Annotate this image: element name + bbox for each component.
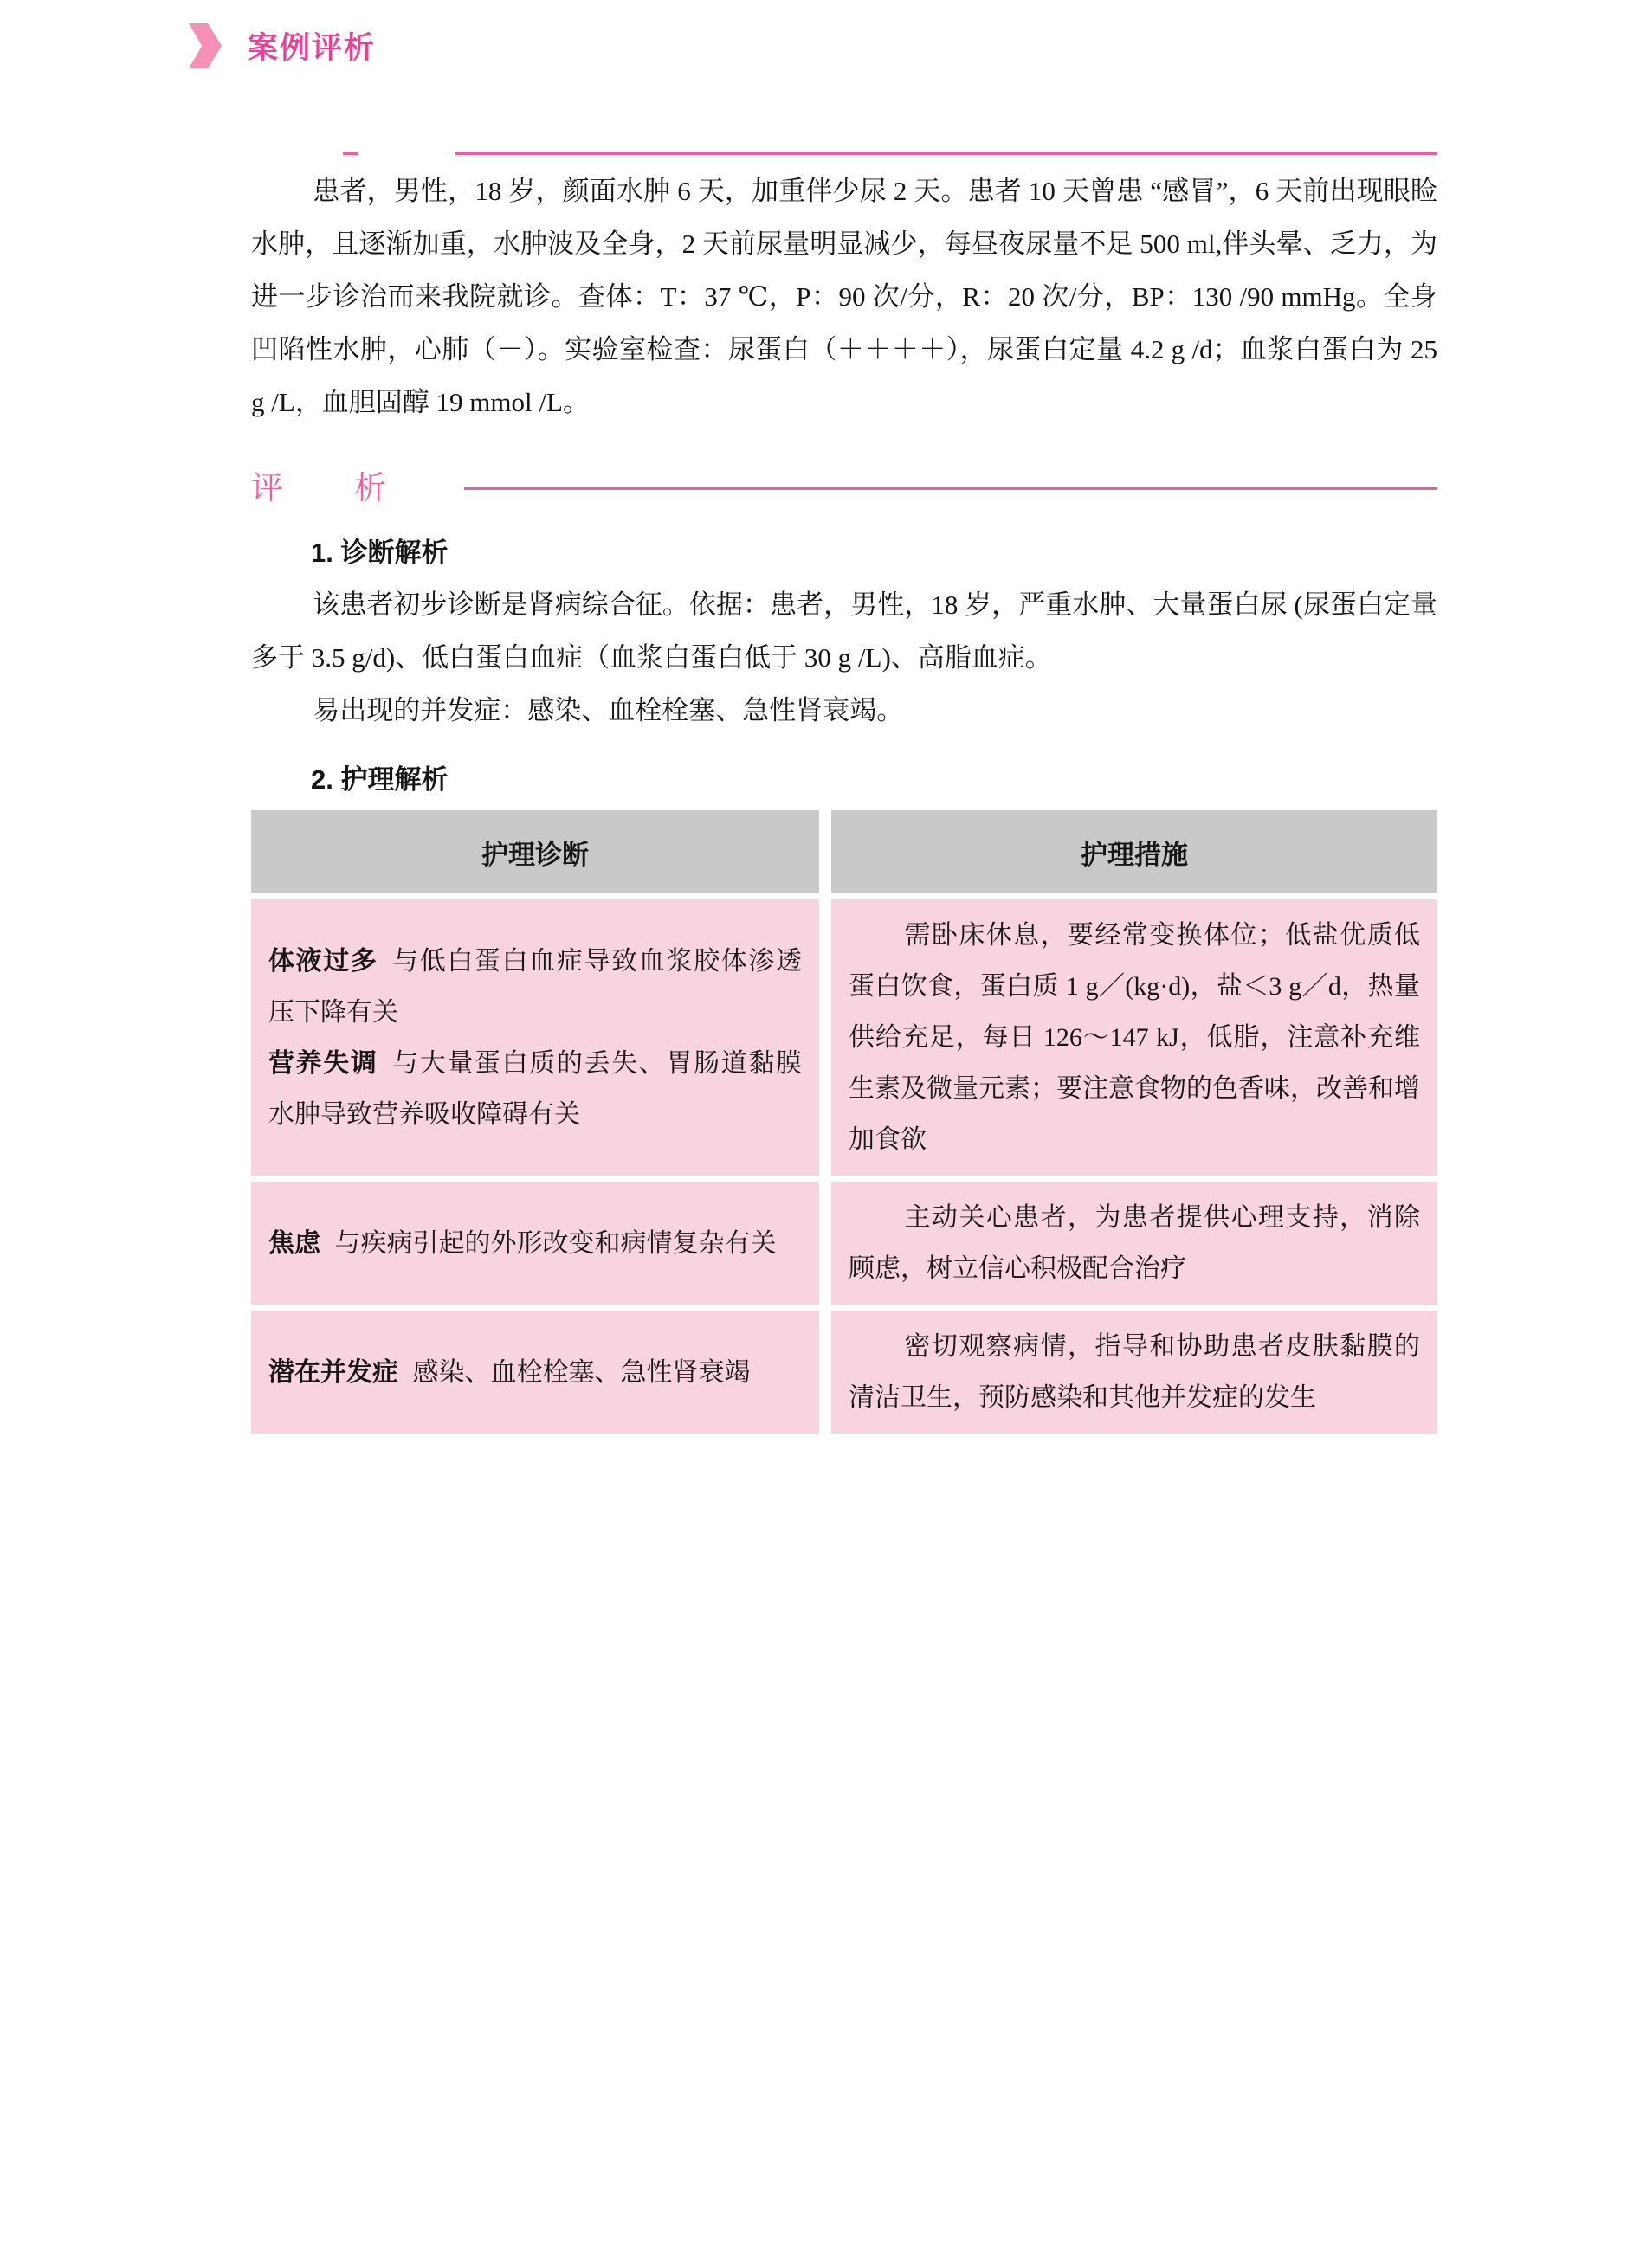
complications-paragraph: 易出现的并发症：感染、血栓栓塞、急性肾衰竭。	[251, 684, 1437, 737]
header-divider	[251, 152, 1437, 156]
diagnosis-desc: 与疾病引起的外形改变和病情复杂有关	[335, 1229, 777, 1258]
analysis-divider-line	[464, 487, 1437, 490]
case-description-paragraph: 患者，男性，18 岁，颜面水肿 6 天，加重伴少尿 2 天。患者 10 天曾患 …	[251, 164, 1437, 428]
analysis-label-char1: 评	[251, 473, 283, 505]
diagnosis-entry: 焦虑与疾病引起的外形改变和病情复杂有关	[268, 1218, 802, 1269]
section-brand-header: 案例评析	[189, 23, 1437, 69]
table-row-2-measure-cell: 主动关心患者，为患者提供心理支持，消除顾虑，树立信心积极配合治疗	[831, 1182, 1437, 1305]
table-row-1-measure-cell: 需卧床休息，要经常变换体位；低盐优质低蛋白饮食，蛋白质 1 g／(kg·d)，盐…	[831, 899, 1437, 1176]
divider-line	[455, 152, 1437, 155]
page-title: 案例评析	[248, 24, 376, 68]
diagnosis-paragraph: 该患者初步诊断是肾病综合征。依据：患者，男性，18 岁，严重水肿、大量蛋白尿 (…	[251, 578, 1437, 684]
table-row-3-diagnosis-cell: 潜在并发症感染、血栓栓塞、急性肾衰竭	[251, 1311, 819, 1434]
page-content: 案例评析 患者，男性，18 岁，颜面水肿 6 天，加重伴少尿 2 天。患者 10…	[251, 0, 1437, 1434]
table-header-diagnosis: 护理诊断	[251, 810, 819, 893]
diagnosis-term: 焦虑	[268, 1229, 320, 1258]
chevron-ribbon-icon	[189, 23, 222, 68]
measure-text: 需卧床休息，要经常变换体位；低盐优质低蛋白饮食，蛋白质 1 g／(kg·d)，盐…	[849, 910, 1420, 1165]
diagnosis-term: 潜在并发症	[268, 1358, 398, 1387]
nursing-care-table: 护理诊断 护理措施 体液过多与低白蛋白血症导致血浆胶体渗透压下降有关 营养失调与…	[251, 810, 1437, 1434]
diagnosis-entry: 体液过多与低白蛋白血症导致血浆胶体渗透压下降有关	[268, 936, 802, 1038]
measure-text: 密切观察病情，指导和协助患者皮肤黏膜的清洁卫生，预防感染和其他并发症的发生	[849, 1321, 1420, 1423]
table-row-3-measure-cell: 密切观察病情，指导和协助患者皮肤黏膜的清洁卫生，预防感染和其他并发症的发生	[831, 1311, 1437, 1434]
table-row-2-diagnosis-cell: 焦虑与疾病引起的外形改变和病情复杂有关	[251, 1182, 819, 1305]
diagnosis-entry: 潜在并发症感染、血栓栓塞、急性肾衰竭	[268, 1347, 802, 1398]
diagnosis-desc: 感染、血栓栓塞、急性肾衰竭	[413, 1358, 751, 1387]
diagnosis-heading: 1. 诊断解析	[311, 531, 1437, 570]
diagnosis-term: 营养失调	[268, 1049, 378, 1078]
divider-dash	[343, 152, 358, 155]
diagnosis-entry: 营养失调与大量蛋白质的丢失、胃肠道黏膜水肿导致营养吸收障碍有关	[268, 1038, 802, 1140]
analysis-label-char2: 析	[354, 473, 386, 505]
table-header-measures: 护理措施	[831, 810, 1437, 893]
nursing-heading: 2. 护理解析	[311, 757, 1437, 796]
table-row-1-diagnosis-cell: 体液过多与低白蛋白血症导致血浆胶体渗透压下降有关 营养失调与大量蛋白质的丢失、胃…	[251, 899, 819, 1176]
analysis-section-header: 评 析	[251, 467, 1437, 510]
measure-text: 主动关心患者，为患者提供心理支持，消除顾虑，树立信心积极配合治疗	[849, 1192, 1420, 1294]
diagnosis-term: 体液过多	[268, 947, 378, 976]
